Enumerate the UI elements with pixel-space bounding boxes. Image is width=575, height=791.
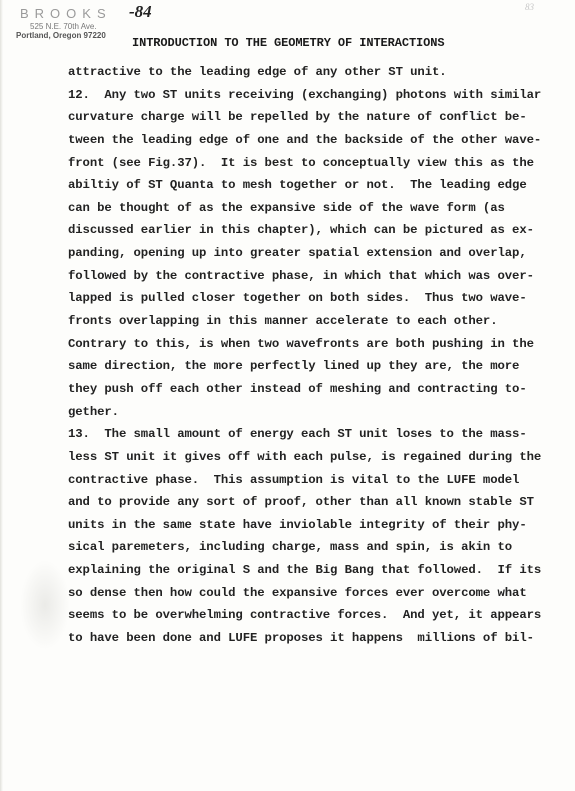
text-line: lapped is pulled closer together on both… [68, 287, 558, 310]
text-line: fronts overlapping in this manner accele… [68, 310, 558, 333]
stamp-name: BROOKS [20, 6, 112, 21]
page-title: INTRODUCTION TO THE GEOMETRY OF INTERACT… [132, 36, 444, 50]
text-line: Contrary to this, is when two wavefronts… [68, 333, 558, 356]
text-line: curvature charge will be repelled by the… [68, 106, 558, 129]
text-line: sical paremeters, including charge, mass… [68, 536, 558, 559]
text-line: explaining the original S and the Big Ba… [68, 559, 558, 582]
page-number-handwritten: -84 [129, 2, 152, 22]
corner-pencil-mark: 83 [525, 2, 534, 12]
text-line: 13. The small amount of energy each ST u… [68, 423, 558, 446]
text-line: attractive to the leading edge of any ot… [68, 61, 558, 84]
text-line: followed by the contractive phase, in wh… [68, 265, 558, 288]
text-line: and to provide any sort of proof, other … [68, 491, 558, 514]
text-line: panding, opening up into greater spatial… [68, 242, 558, 265]
text-line: seems to be overwhelming contractive for… [68, 604, 558, 627]
text-line: same direction, the more perfectly lined… [68, 355, 558, 378]
text-line: can be thought of as the expansive side … [68, 197, 558, 220]
text-line: abiltiy of ST Quanta to mesh together or… [68, 174, 558, 197]
paper-smudge [20, 560, 70, 650]
text-line: gether. [68, 401, 558, 424]
text-line: less ST unit it gives off with each puls… [68, 446, 558, 469]
text-line: to have been done and LUFE proposes it h… [68, 627, 558, 650]
text-line: so dense then how could the expansive fo… [68, 582, 558, 605]
page-edge [0, 0, 3, 791]
stamp-address: 525 N.E. 70th Ave. [30, 22, 97, 31]
stamp-city: Portland, Oregon 97220 [16, 31, 106, 40]
text-line: front (see Fig.37). It is best to concep… [68, 152, 558, 175]
text-line: they push off each other instead of mesh… [68, 378, 558, 401]
text-line: units in the same state have inviolable … [68, 514, 558, 537]
text-line: contractive phase. This assumption is vi… [68, 469, 558, 492]
body-text: attractive to the leading edge of any ot… [68, 61, 558, 650]
text-line: discussed earlier in this chapter), whic… [68, 219, 558, 242]
text-line: tween the leading edge of one and the ba… [68, 129, 558, 152]
text-line: 12. Any two ST units receiving (exchangi… [68, 84, 558, 107]
